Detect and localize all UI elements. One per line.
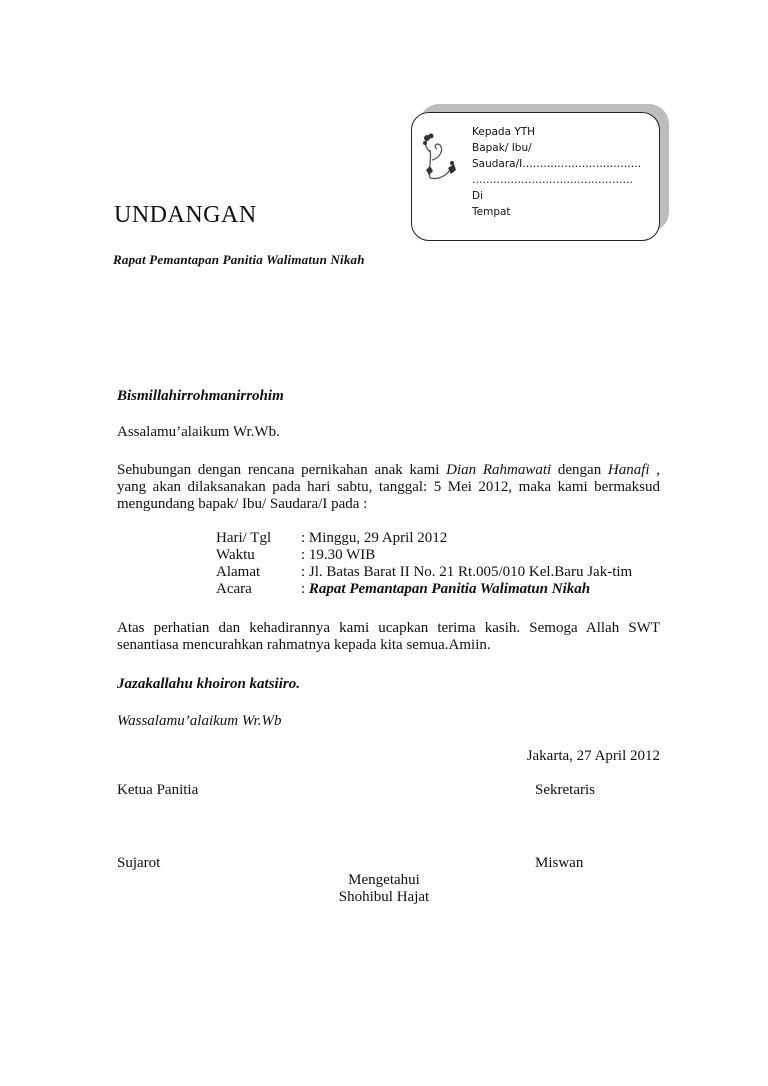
detail-value: : Minggu, 29 April 2012 <box>301 530 447 547</box>
detail-value: : Rapat Pemantapan Panitia Walimatun Nik… <box>301 581 590 598</box>
detail-value: : 19.30 WIB <box>301 547 375 564</box>
bride-name: Dian Rahmawati <box>446 462 551 478</box>
center-signer-role: Mengetahui <box>284 872 484 889</box>
recipient-line: Bapak/ Ibu/ <box>472 140 641 156</box>
detail-value: : Jl. Batas Barat II No. 21 Rt.005/010 K… <box>301 564 632 581</box>
detail-row: Acara: Rapat Pemantapan Panitia Walimatu… <box>216 581 632 598</box>
detail-row: Hari/ Tgl: Minggu, 29 April 2012 <box>216 530 632 547</box>
thanks-line: Jazakallahu khoiron katsiiro. <box>117 676 300 693</box>
document-title: UNDANGAN <box>114 202 257 229</box>
detail-label: Hari/ Tgl <box>216 530 301 547</box>
intro-text: dengan <box>551 462 608 478</box>
event-name: Rapat Pemantapan Panitia Walimatun Nikah <box>309 581 590 597</box>
document-subtitle: Rapat Pemantapan Panitia Walimatun Nikah <box>113 252 365 268</box>
intro-text: Sehubungan dengan rencana pernikahan ana… <box>117 462 446 478</box>
recipient-line: Kepada YTH <box>472 124 641 140</box>
left-signer-name: Sujarot <box>117 855 160 872</box>
recipient-line: Di <box>472 188 641 204</box>
detail-row: Alamat: Jl. Batas Barat II No. 21 Rt.005… <box>216 564 632 581</box>
left-signer-role: Ketua Panitia <box>117 782 198 799</box>
floral-ornament-icon <box>420 130 460 182</box>
detail-label: Waktu <box>216 547 301 564</box>
detail-label: Acara <box>216 581 301 598</box>
salam-closing: Wassalamu’alaikum Wr.Wb <box>117 713 281 730</box>
event-details: Hari/ Tgl: Minggu, 29 April 2012 Waktu: … <box>216 530 632 598</box>
basmala: Bismillahirrohmanirrohim <box>117 388 284 405</box>
greeting: Assalamu’alaikum Wr.Wb. <box>117 424 280 441</box>
closing-paragraph: Atas perhatian dan kehadirannya kami uca… <box>117 620 660 654</box>
detail-colon: : <box>301 581 309 597</box>
recipient-address: Kepada YTHBapak/ Ibu/Saudara/I…………………………… <box>472 124 641 220</box>
place-date: Jakarta, 27 April 2012 <box>527 748 660 765</box>
groom-name: Hanafi <box>608 462 650 478</box>
center-signer-name: Shohibul Hajat <box>284 889 484 906</box>
recipient-line: Saudara/I……………………………. <box>472 156 641 172</box>
recipient-line: Tempat <box>472 204 641 220</box>
recipient-line: ………………………………………. <box>472 172 641 188</box>
detail-row: Waktu: 19.30 WIB <box>216 547 632 564</box>
right-signer-role: Sekretaris <box>535 782 595 799</box>
right-signer-name: Miswan <box>535 855 583 872</box>
intro-paragraph: Sehubungan dengan rencana pernikahan ana… <box>117 462 660 513</box>
detail-label: Alamat <box>216 564 301 581</box>
